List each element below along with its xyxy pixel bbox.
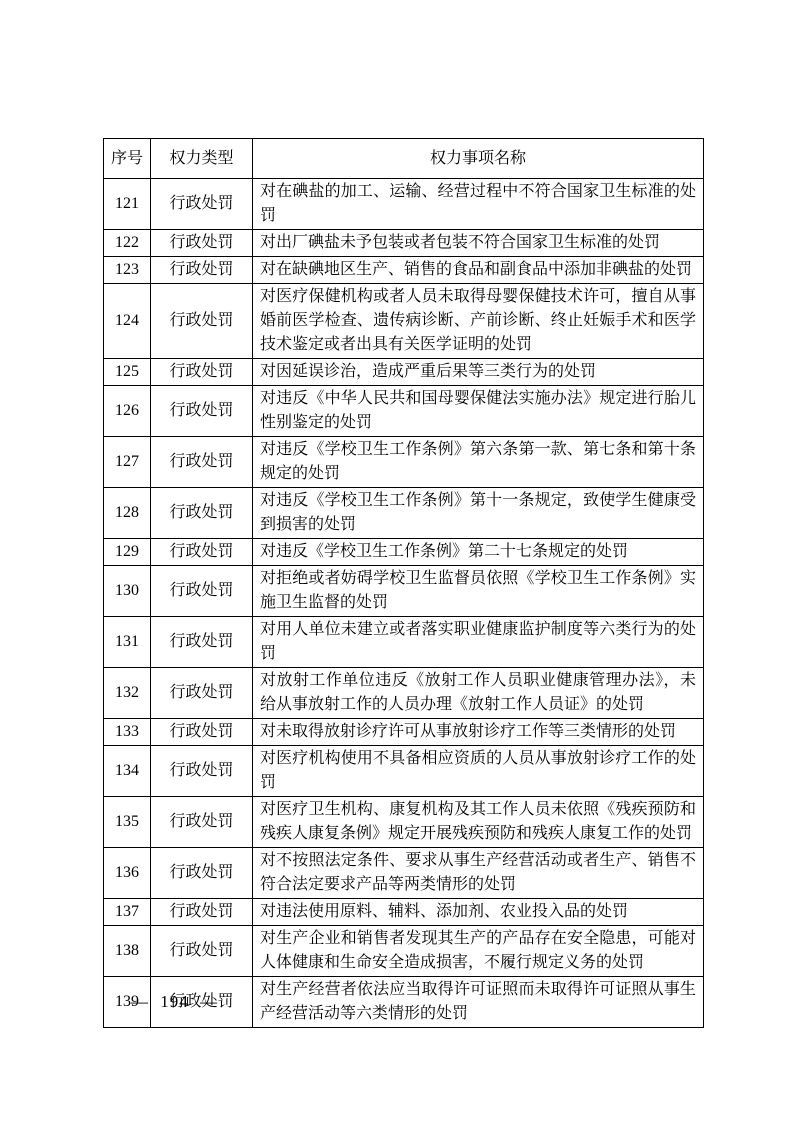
power-type-cell: 行政处罚 xyxy=(151,848,253,899)
serial-number-cell: 138 xyxy=(104,926,151,977)
table-row: 123 行政处罚 对在缺碘地区生产、销售的食品和副食品中添加非碘盐的处罚 xyxy=(104,257,704,284)
serial-number-cell: 128 xyxy=(104,488,151,539)
power-type-cell: 行政处罚 xyxy=(151,284,253,359)
serial-number-cell: 125 xyxy=(104,359,151,386)
power-item-name-cell: 对放射工作单位违反《放射工作人员职业健康管理办法》，未给从事放射工作的人员办理《… xyxy=(253,668,704,719)
table-header-row: 序号 权力类型 权力事项名称 xyxy=(104,139,704,179)
power-type-cell: 行政处罚 xyxy=(151,539,253,566)
power-item-name-cell: 对违反《学校卫生工作条例》第六条第一款、第七条和第十条规定的处罚 xyxy=(253,437,704,488)
power-type-cell: 行政处罚 xyxy=(151,257,253,284)
table-row: 133 行政处罚 对未取得放射诊疗许可从事放射诊疗工作等三类情形的处罚 xyxy=(104,719,704,746)
power-item-name-cell: 对违反《学校卫生工作条例》第十一条规定，致使学生健康受到损害的处罚 xyxy=(253,488,704,539)
table-row: 129 行政处罚 对违反《学校卫生工作条例》第二十七条规定的处罚 xyxy=(104,539,704,566)
power-item-name-cell: 对生产经营者依法应当取得许可证照而未取得许可证照从事生产经营活动等六类情形的处罚 xyxy=(253,977,704,1028)
header-power-type: 权力类型 xyxy=(151,139,253,179)
table-row: 135 行政处罚 对医疗卫生机构、康复机构及其工作人员未依照《残疾预防和残疾人康… xyxy=(104,797,704,848)
table-row: 138 行政处罚 对生产企业和销售者发现其生产的产品存在安全隐患，可能对人体健康… xyxy=(104,926,704,977)
power-item-name-cell: 对在缺碘地区生产、销售的食品和副食品中添加非碘盐的处罚 xyxy=(253,257,704,284)
power-type-cell: 行政处罚 xyxy=(151,179,253,230)
power-type-cell: 行政处罚 xyxy=(151,437,253,488)
power-item-name-cell: 对生产企业和销售者发现其生产的产品存在安全隐患，可能对人体健康和生命安全造成损害… xyxy=(253,926,704,977)
power-type-cell: 行政处罚 xyxy=(151,926,253,977)
power-type-cell: 行政处罚 xyxy=(151,359,253,386)
serial-number-cell: 123 xyxy=(104,257,151,284)
header-serial-number: 序号 xyxy=(104,139,151,179)
table-row: 126 行政处罚 对违反《中华人民共和国母婴保健法实施办法》规定进行胎儿性别鉴定… xyxy=(104,386,704,437)
power-type-cell: 行政处罚 xyxy=(151,488,253,539)
serial-number-cell: 137 xyxy=(104,899,151,926)
table-row: 122 行政处罚 对出厂碘盐未予包装或者包装不符合国家卫生标准的处罚 xyxy=(104,230,704,257)
power-item-name-cell: 对因延误诊治，造成严重后果等三类行为的处罚 xyxy=(253,359,704,386)
power-type-cell: 行政处罚 xyxy=(151,899,253,926)
table-row: 121 行政处罚 对在碘盐的加工、运输、经营过程中不符合国家卫生标准的处罚 xyxy=(104,179,704,230)
serial-number-cell: 134 xyxy=(104,746,151,797)
table-row: 134 行政处罚 对医疗机构使用不具备相应资质的人员从事放射诊疗工作的处罚 xyxy=(104,746,704,797)
power-item-name-cell: 对用人单位未建立或者落实职业健康监护制度等六类行为的处罚 xyxy=(253,617,704,668)
power-item-name-cell: 对违法使用原料、辅料、添加剂、农业投入品的处罚 xyxy=(253,899,704,926)
power-item-name-cell: 对医疗保健机构或者人员未取得母婴保健技术许可，擅自从事婚前医学检查、遗传病诊断、… xyxy=(253,284,704,359)
table-row: 128 行政处罚 对违反《学校卫生工作条例》第十一条规定，致使学生健康受到损害的… xyxy=(104,488,704,539)
table-row: 137 行政处罚 对违法使用原料、辅料、添加剂、农业投入品的处罚 xyxy=(104,899,704,926)
power-items-table: 序号 权力类型 权力事项名称 121 行政处罚 对在碘盐的加工、运输、经营过程中… xyxy=(103,138,704,1028)
table-row: 124 行政处罚 对医疗保健机构或者人员未取得母婴保健技术许可，擅自从事婚前医学… xyxy=(104,284,704,359)
power-type-cell: 行政处罚 xyxy=(151,617,253,668)
table-row: 131 行政处罚 对用人单位未建立或者落实职业健康监护制度等六类行为的处罚 xyxy=(104,617,704,668)
power-type-cell: 行政处罚 xyxy=(151,386,253,437)
power-type-cell: 行政处罚 xyxy=(151,797,253,848)
table-row: 127 行政处罚 对违反《学校卫生工作条例》第六条第一款、第七条和第十条规定的处… xyxy=(104,437,704,488)
serial-number-cell: 133 xyxy=(104,719,151,746)
power-type-cell: 行政处罚 xyxy=(151,668,253,719)
serial-number-cell: 132 xyxy=(104,668,151,719)
power-item-name-cell: 对医疗机构使用不具备相应资质的人员从事放射诊疗工作的处罚 xyxy=(253,746,704,797)
table-row: 136 行政处罚 对不按照法定条件、要求从事生产经营活动或者生产、销售不符合法定… xyxy=(104,848,704,899)
power-item-name-cell: 对出厂碘盐未予包装或者包装不符合国家卫生标准的处罚 xyxy=(253,230,704,257)
power-type-cell: 行政处罚 xyxy=(151,566,253,617)
power-item-name-cell: 对在碘盐的加工、运输、经营过程中不符合国家卫生标准的处罚 xyxy=(253,179,704,230)
power-type-cell: 行政处罚 xyxy=(151,719,253,746)
serial-number-cell: 129 xyxy=(104,539,151,566)
power-item-name-cell: 对未取得放射诊疗许可从事放射诊疗工作等三类情形的处罚 xyxy=(253,719,704,746)
serial-number-cell: 130 xyxy=(104,566,151,617)
power-type-cell: 行政处罚 xyxy=(151,230,253,257)
table-row: 132 行政处罚 对放射工作单位违反《放射工作人员职业健康管理办法》，未给从事放… xyxy=(104,668,704,719)
serial-number-cell: 126 xyxy=(104,386,151,437)
table-row: 125 行政处罚 对因延误诊治，造成严重后果等三类行为的处罚 xyxy=(104,359,704,386)
power-type-cell: 行政处罚 xyxy=(151,746,253,797)
page-number: — 194 — xyxy=(131,992,218,1012)
header-power-item-name: 权力事项名称 xyxy=(253,139,704,179)
serial-number-cell: 131 xyxy=(104,617,151,668)
power-item-name-cell: 对拒绝或者妨碍学校卫生监督员依照《学校卫生工作条例》实施卫生监督的处罚 xyxy=(253,566,704,617)
power-item-name-cell: 对医疗卫生机构、康复机构及其工作人员未依照《残疾预防和残疾人康复条例》规定开展残… xyxy=(253,797,704,848)
serial-number-cell: 136 xyxy=(104,848,151,899)
serial-number-cell: 135 xyxy=(104,797,151,848)
serial-number-cell: 122 xyxy=(104,230,151,257)
power-item-name-cell: 对违反《学校卫生工作条例》第二十七条规定的处罚 xyxy=(253,539,704,566)
serial-number-cell: 124 xyxy=(104,284,151,359)
serial-number-cell: 121 xyxy=(104,179,151,230)
power-item-name-cell: 对违反《中华人民共和国母婴保健法实施办法》规定进行胎儿性别鉴定的处罚 xyxy=(253,386,704,437)
document-page: 序号 权力类型 权力事项名称 121 行政处罚 对在碘盐的加工、运输、经营过程中… xyxy=(0,0,793,1122)
table-row: 130 行政处罚 对拒绝或者妨碍学校卫生监督员依照《学校卫生工作条例》实施卫生监… xyxy=(104,566,704,617)
power-item-name-cell: 对不按照法定条件、要求从事生产经营活动或者生产、销售不符合法定要求产品等两类情形… xyxy=(253,848,704,899)
serial-number-cell: 127 xyxy=(104,437,151,488)
